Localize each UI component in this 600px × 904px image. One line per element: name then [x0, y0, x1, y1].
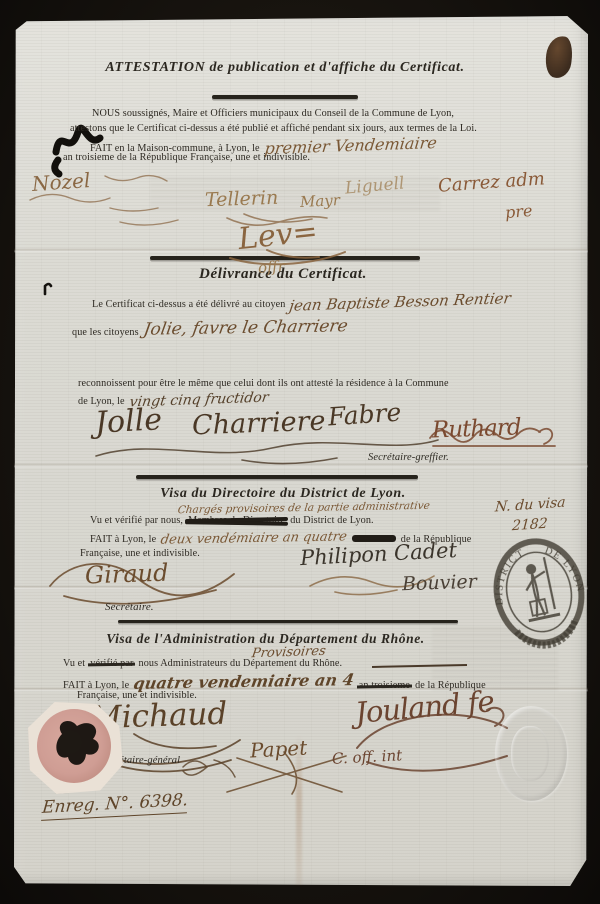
visa-district-line1: Vu et vérifié par nous, Membres du Direc…	[90, 515, 374, 526]
signature: pre	[504, 201, 533, 222]
title-rule	[212, 95, 358, 99]
line1-pre: Vu et vérifié par nous,	[90, 515, 183, 526]
line1-pre: Vu et	[63, 658, 85, 669]
small-ink-mark	[42, 282, 52, 296]
signature-paraph: C. off. int	[332, 746, 403, 768]
signature-flourish	[345, 700, 517, 782]
signature-role-label: Secrétaire.	[105, 601, 154, 613]
signature-scribble	[425, 416, 567, 456]
delivrance-line2: que les citoyens Jolie, favre le Charrie…	[72, 318, 347, 338]
signature: Bouvier	[402, 571, 478, 596]
liberty-figure	[516, 556, 560, 620]
black-ink-blob	[40, 712, 110, 782]
section-divider	[118, 620, 458, 623]
signature-role-label: Secrétaire-greffier.	[368, 452, 449, 463]
signature: Giraud	[85, 559, 169, 590]
visa-departement-line2: FAIT à Lyon, le quatre vendemiaire an 4 …	[63, 672, 486, 691]
embossed-figure	[511, 726, 549, 781]
attestation-line4: an troisieme de la République Française,…	[63, 152, 310, 163]
line1-post: du District de Lyon.	[290, 515, 374, 526]
struck-out-text: vérifié par	[90, 658, 133, 669]
document-photograph: ATTESTATION de publication et d'affiche …	[0, 0, 600, 904]
visa-departement-title: Visa de l'Administration du Département …	[103, 631, 428, 647]
signature-flourish	[225, 246, 353, 266]
margin-note-number: 2182	[511, 516, 548, 535]
line2-pre: FAIT à Lyon, le	[90, 534, 156, 545]
handwritten-name: jean Baptiste Besson Rentier	[289, 289, 513, 315]
delivrance-line3: reconnoissent pour être le même que celu…	[78, 378, 449, 389]
attestation-title: ATTESTATION de publication et d'affiche …	[90, 60, 480, 76]
signature: Fabre	[327, 397, 402, 431]
struck-out-text: an troisieme	[359, 680, 410, 691]
visa-departement-line1: Vu et vérifié par nous Administrateurs d…	[63, 658, 342, 669]
struck-out-text: Membres du Directoire	[188, 515, 285, 526]
signature: Jolle	[94, 402, 163, 440]
signature-paraph: offr	[257, 257, 285, 277]
section-divider	[136, 475, 418, 479]
line1-post: nous Administrateurs du Département du R…	[139, 658, 343, 669]
handwritten-names: Jolie, favre le Charriere	[142, 316, 349, 340]
delivrance-line1-printed: Le Certificat ci-dessus a été délivré au…	[92, 299, 285, 310]
blind-embossed-seal	[495, 706, 567, 801]
attestation-line1: NOUS soussignés, Maire et Officiers muni…	[92, 108, 454, 119]
delivrance-line1: Le Certificat ci-dessus a été délivré au…	[92, 293, 511, 311]
delivrance-line2-printed: que les citoyens	[72, 327, 139, 338]
attestation-line2: attestons que le Certificat ci-dessus a …	[70, 123, 477, 134]
illegible-scribble	[25, 190, 225, 234]
